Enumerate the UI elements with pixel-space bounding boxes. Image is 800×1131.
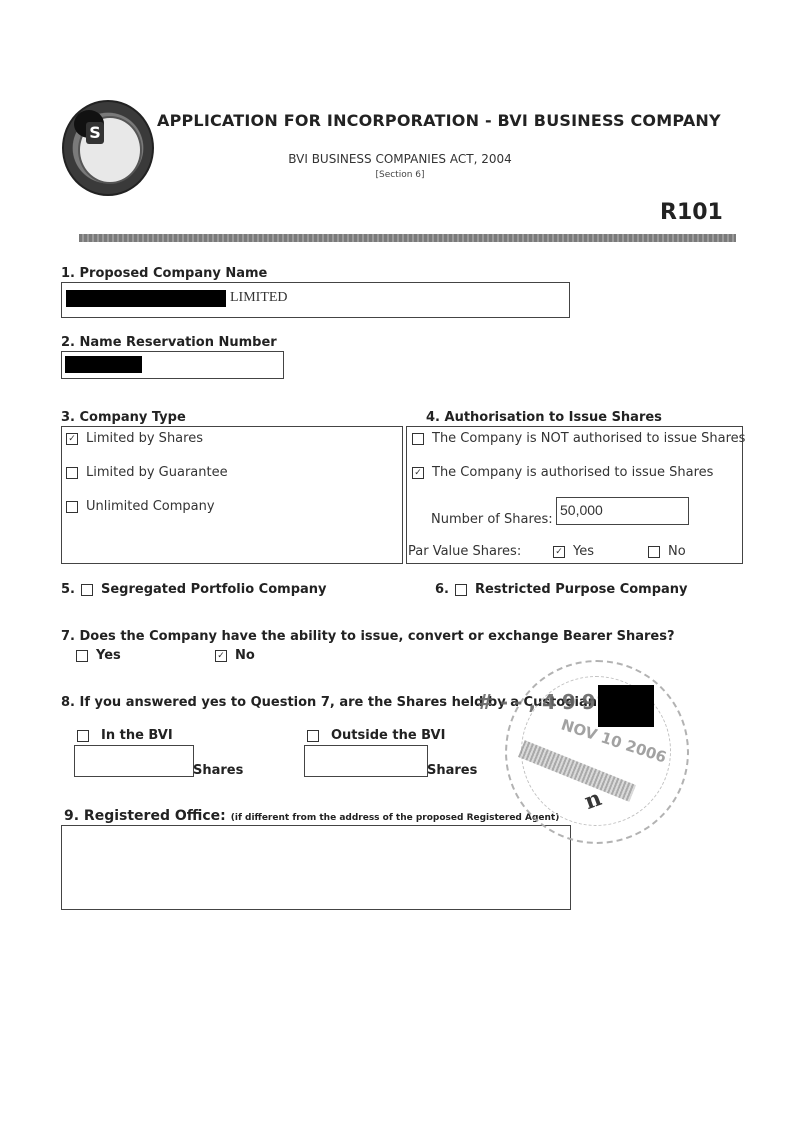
checkbox[interactable] <box>648 546 660 558</box>
par-value-no[interactable]: No <box>648 544 686 559</box>
q1-label: 1. Proposed Company Name <box>61 266 267 281</box>
par-value-label: Par Value Shares: <box>408 544 521 559</box>
q9-label: 9. Registered Office: <box>64 808 226 824</box>
option-limited-by-guarantee[interactable]: Limited by Guarantee <box>66 465 228 480</box>
act-subtitle: BVI BUSINESS COMPANIES ACT, 2004 <box>0 152 800 166</box>
in-bvi-shares-label: Shares <box>193 763 243 778</box>
q4-label: 4. Authorisation to Issue Shares <box>426 410 662 425</box>
option-segregated-portfolio[interactable]: 5. Segregated Portfolio Company <box>61 582 327 597</box>
option-unlimited-company[interactable]: Unlimited Company <box>66 499 215 514</box>
q7-yes[interactable]: Yes <box>76 648 121 663</box>
q8-outside-bvi[interactable]: Outside the BVI <box>307 728 445 743</box>
stamp-number: #--,499 <box>477 690 602 714</box>
option-restricted-purpose[interactable]: 6. Restricted Purpose Company <box>435 582 688 597</box>
checkbox[interactable] <box>77 730 89 742</box>
checkbox[interactable] <box>455 584 467 596</box>
checkbox[interactable] <box>412 433 424 445</box>
option-authorised[interactable]: ✓ The Company is authorised to issue Sha… <box>412 465 713 480</box>
q3-label: 3. Company Type <box>61 410 186 425</box>
registry-stamp: #--,499 NOV 10 2006 n <box>505 660 689 844</box>
registered-office-field[interactable] <box>61 825 571 910</box>
header-divider <box>79 234 736 242</box>
q2-label: 2. Name Reservation Number <box>61 335 277 350</box>
name-reservation-field[interactable] <box>61 351 284 379</box>
checkbox[interactable]: ✓ <box>66 433 78 445</box>
num-shares-value: 50,000 <box>560 502 603 518</box>
redaction-bar <box>66 290 226 307</box>
par-value-yes[interactable]: ✓ Yes <box>553 544 594 559</box>
checkbox[interactable] <box>66 501 78 513</box>
option-limited-by-shares[interactable]: ✓ Limited by Shares <box>66 431 203 446</box>
q7-no[interactable]: ✓ No <box>215 648 255 663</box>
option-not-authorised[interactable]: The Company is NOT authorised to issue S… <box>412 431 745 446</box>
q9-heading: 9. Registered Office: (if different from… <box>64 808 559 824</box>
num-shares-field[interactable]: 50,000 <box>556 497 689 525</box>
commission-seal-icon: S <box>62 100 154 196</box>
q7-label: 7. Does the Company have the ability to … <box>61 629 675 644</box>
form-title: APPLICATION FOR INCORPORATION - BVI BUSI… <box>157 111 721 130</box>
company-name-suffix: LIMITED <box>230 290 288 306</box>
company-type-group <box>61 426 403 564</box>
checkbox[interactable] <box>81 584 93 596</box>
company-name-field[interactable]: LIMITED <box>61 282 570 318</box>
checkbox[interactable] <box>76 650 88 662</box>
outside-bvi-shares-field[interactable] <box>304 745 428 777</box>
q9-note: (if different from the address of the pr… <box>231 813 560 823</box>
stamp-redaction <box>598 685 654 727</box>
checkbox[interactable] <box>307 730 319 742</box>
q8-in-bvi[interactable]: In the BVI <box>77 728 173 743</box>
checkbox[interactable] <box>66 467 78 479</box>
num-shares-label: Number of Shares: <box>431 512 553 527</box>
section-reference: [Section 6] <box>0 170 800 180</box>
in-bvi-shares-field[interactable] <box>74 745 194 777</box>
checkbox[interactable]: ✓ <box>553 546 565 558</box>
checkbox[interactable]: ✓ <box>215 650 227 662</box>
form-number: R101 <box>660 200 723 225</box>
redaction-bar <box>65 356 142 373</box>
checkbox[interactable]: ✓ <box>412 467 424 479</box>
outside-bvi-shares-label: Shares <box>427 763 477 778</box>
